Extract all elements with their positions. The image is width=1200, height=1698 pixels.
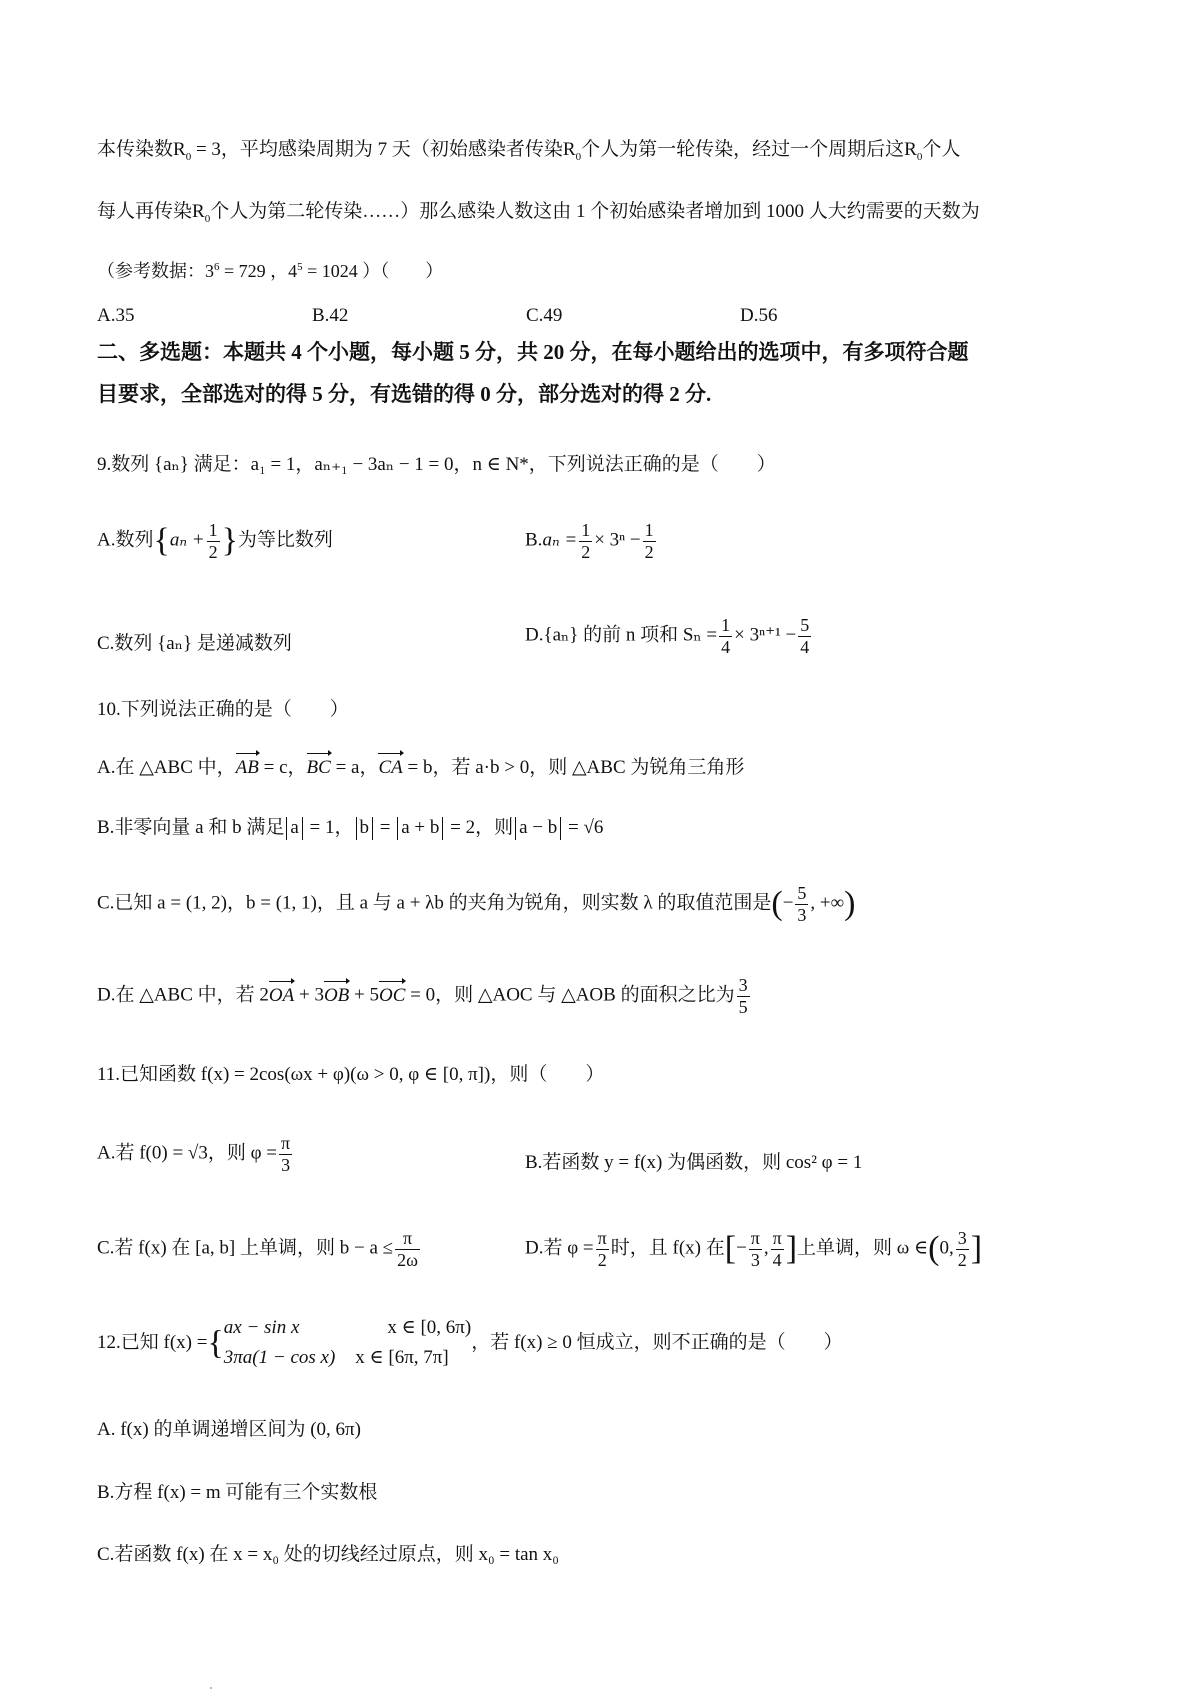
numerator: 1 bbox=[207, 520, 220, 542]
fraction: π4 bbox=[771, 1228, 784, 1270]
page-mark bbox=[210, 1687, 212, 1689]
math-expr: × 3ⁿ − bbox=[594, 530, 640, 551]
q10-stem: 10.下列说法正确的是（ ） bbox=[97, 700, 349, 719]
option-text: A.若 f(0) = √3，则 φ = bbox=[97, 1143, 277, 1164]
q10-option-b: B.非零向量 a 和 b 满足a = 1，b = a + b = 2，则a − … bbox=[97, 812, 603, 840]
numerator: 5 bbox=[798, 615, 811, 637]
option-label: D.{aₙ} 的前 n 项和 Sₙ = bbox=[525, 625, 717, 646]
numerator: π bbox=[395, 1228, 420, 1250]
q8-text: 个人为第一轮传染，经过一个周期后这 bbox=[581, 139, 904, 160]
numerator: 1 bbox=[643, 520, 656, 542]
q11-option-a: A.若 f(0) = √3，则 φ =π3 bbox=[97, 1133, 294, 1175]
option-text: + 5 bbox=[349, 985, 379, 1006]
option-text: C.已知 a = (1, 2)，b = (1, 1)，且 a 与 a + λb … bbox=[97, 893, 771, 914]
denominator: 2 bbox=[207, 542, 220, 563]
minus-sign: − bbox=[736, 1238, 747, 1259]
q9-stem: 9.数列 {aₙ} 满足：a₁ = 1，aₙ₊₁ − 3aₙ − 1 = 0，n… bbox=[97, 455, 776, 474]
left-brace: { bbox=[207, 1324, 223, 1361]
option-text: = 0，则 △AOC 与 △AOB 的面积之比为 bbox=[405, 985, 734, 1006]
q11-option-d: D.若 φ =π2时，且 f(x) 在[−π3,π4]上单调，则 ω ∈(0,3… bbox=[525, 1228, 982, 1270]
option-label: A.数列 bbox=[97, 530, 153, 551]
fraction: 53 bbox=[795, 883, 808, 925]
option-text: = 1， bbox=[305, 817, 354, 838]
fraction: 32 bbox=[956, 1228, 969, 1270]
vector-bc: BC bbox=[307, 757, 331, 779]
option-text: = √6 bbox=[563, 817, 603, 838]
q8-option-b: B.42 bbox=[312, 305, 348, 327]
vector-oc: OC bbox=[379, 985, 405, 1007]
close-paren: ) bbox=[844, 885, 855, 922]
denominator: 3 bbox=[795, 905, 808, 926]
option-text: = c， bbox=[259, 757, 307, 778]
piece-domain: x ∈ [6π, 7π] bbox=[355, 1343, 448, 1373]
r0-symbol: R bbox=[563, 139, 576, 160]
comma: , bbox=[764, 1238, 769, 1259]
piece-expr: ax − sin x bbox=[224, 1317, 300, 1338]
section-2-heading-line-2: 目要求，全部选对的得 5 分，有选错的得 0 分，部分选对的得 2 分. bbox=[97, 384, 711, 405]
option-text: = b，若 a·b > 0，则 △ABC 为锐角三角形 bbox=[403, 757, 745, 778]
option-text: D.若 φ = bbox=[525, 1238, 594, 1259]
denominator: 5 bbox=[737, 997, 750, 1018]
q12-text: ，若 f(x) ≥ 0 恒成立，则不正确的是（ ） bbox=[471, 1332, 842, 1353]
option-text: 为等比数列 bbox=[238, 530, 333, 551]
q8-reference-data: （参考数据：36 = 729 ，45 = 1024 ）（ ） bbox=[97, 262, 443, 280]
denominator: 3 bbox=[749, 1250, 762, 1271]
q11-option-c: C.若 f(x) 在 [a, b] 上单调，则 b − a ≤π2ω bbox=[97, 1228, 422, 1270]
q8-line-2: 每人再传染R0个人为第二轮传染……）那么感染人数这由 1 个初始感染者增加到 1… bbox=[97, 202, 980, 225]
denominator: 2 bbox=[596, 1250, 609, 1271]
numerator: π bbox=[771, 1228, 784, 1250]
q8-option-d: D.56 bbox=[740, 305, 777, 327]
open-bracket: [ bbox=[725, 1230, 736, 1267]
q8-text: （参考数据：3 bbox=[97, 261, 214, 281]
vector-ca: CA bbox=[378, 757, 402, 779]
denominator: 2 bbox=[956, 1250, 969, 1271]
piecewise-definition: ax − sin xx ∈ [0, 6π)3πa(1 − cos x)x ∈ [… bbox=[224, 1313, 471, 1374]
q9-option-d: D.{aₙ} 的前 n 项和 Sₙ =14× 3ⁿ⁺¹ −54 bbox=[525, 615, 813, 657]
abs-value: a + b bbox=[397, 817, 443, 840]
fraction: 35 bbox=[737, 975, 750, 1017]
option-text: C.若 f(x) 在 [a, b] 上单调，则 b − a ≤ bbox=[97, 1238, 393, 1259]
abs-value: a − b bbox=[515, 817, 561, 840]
option-text: 0, bbox=[939, 1238, 953, 1259]
q8-text: 个人为第二轮传染……）那么感染人数这由 1 个初始感染者增加到 1000 人大约… bbox=[210, 201, 980, 222]
option-text: = bbox=[375, 817, 395, 838]
option-text: = a， bbox=[331, 757, 379, 778]
q9-option-c: C.数列 {aₙ} 是递减数列 bbox=[97, 628, 292, 655]
math-expr: × 3ⁿ⁺¹ − bbox=[734, 625, 796, 646]
piece-domain: x ∈ [0, 6π) bbox=[387, 1313, 471, 1343]
q12-stem: 12.已知 f(x) ={ax − sin xx ∈ [0, 6π)3πa(1 … bbox=[97, 1313, 843, 1374]
q8-line-1: 本传染数R0 = 3，平均感染周期为 7 天（初始感染者传染R0个人为第一轮传染… bbox=[97, 140, 960, 163]
q8-text: = 1024 ）（ ） bbox=[303, 261, 444, 281]
vector-oa: OA bbox=[269, 985, 294, 1007]
q8-text: = 3，平均感染周期为 7 天（初始感染者传染 bbox=[191, 139, 563, 160]
minus-sign: − bbox=[783, 893, 794, 914]
open-paren: ( bbox=[928, 1230, 939, 1267]
q9-option-b: B.aₙ =12× 3ⁿ −12 bbox=[525, 520, 658, 562]
fraction: 12 bbox=[207, 520, 220, 562]
r0-symbol: R bbox=[173, 139, 186, 160]
numerator: 3 bbox=[956, 1228, 969, 1250]
close-bracket: ] bbox=[786, 1230, 797, 1267]
option-text: 时，且 f(x) 在 bbox=[611, 1238, 725, 1259]
section-2-heading-line-1: 二、多选题：本题共 4 个小题，每小题 5 分，共 20 分，在每小题给出的选项… bbox=[97, 342, 969, 363]
close-bracket: ] bbox=[971, 1230, 982, 1267]
option-text: D.在 △ABC 中，若 2 bbox=[97, 985, 269, 1006]
q10-option-a: A.在 △ABC 中，AB = c，BC = a，CA = b，若 a·b > … bbox=[97, 752, 744, 779]
r0-symbol: R bbox=[904, 139, 917, 160]
left-brace: { bbox=[153, 522, 169, 559]
numerator: 3 bbox=[737, 975, 750, 997]
q12-option-c: C.若函数 f(x) 在 x = x₀ 处的切线经过原点，则 x₀ = tan … bbox=[97, 1545, 559, 1564]
numerator: π bbox=[596, 1228, 609, 1250]
q12-text: 12.已知 f(x) = bbox=[97, 1332, 207, 1353]
denominator: 4 bbox=[719, 637, 732, 658]
fraction: π2 bbox=[596, 1228, 609, 1270]
fraction: π3 bbox=[749, 1228, 762, 1270]
option-text: B.非零向量 a 和 b 满足 bbox=[97, 817, 284, 838]
exam-page: 本传染数R0 = 3，平均感染周期为 7 天（初始感染者传染R0个人为第一轮传染… bbox=[0, 0, 1200, 1698]
math-expr: aₙ + bbox=[170, 530, 205, 551]
q12-option-a: A. f(x) 的单调递增区间为 (0, 6π) bbox=[97, 1420, 361, 1439]
option-text: = 2，则 bbox=[445, 817, 513, 838]
q12-option-b: B.方程 f(x) = m 可能有三个实数根 bbox=[97, 1483, 377, 1502]
q8-text: 本传染数 bbox=[97, 139, 173, 160]
open-paren: ( bbox=[771, 885, 782, 922]
option-text: , +∞ bbox=[810, 893, 844, 914]
option-text: + 3 bbox=[294, 985, 324, 1006]
numerator: 5 bbox=[795, 883, 808, 905]
option-label: B. bbox=[525, 530, 542, 551]
q10-option-c: C.已知 a = (1, 2)，b = (1, 1)，且 a 与 a + λb … bbox=[97, 883, 856, 925]
q11-option-b: B.若函数 y = f(x) 为偶函数，则 cos² φ = 1 bbox=[525, 1147, 862, 1174]
numerator: π bbox=[279, 1133, 292, 1155]
vector-ab: AB bbox=[236, 757, 259, 779]
fraction: 14 bbox=[719, 615, 732, 657]
denominator: 3 bbox=[279, 1155, 292, 1176]
q8-option-a: A.35 bbox=[97, 305, 134, 327]
option-text: A.在 △ABC 中， bbox=[97, 757, 236, 778]
right-brace: } bbox=[222, 522, 238, 559]
numerator: 1 bbox=[719, 615, 732, 637]
denominator: 2 bbox=[643, 542, 656, 563]
abs-value: b bbox=[356, 817, 374, 840]
denominator: 2 bbox=[579, 542, 592, 563]
vector-ob: OB bbox=[324, 985, 349, 1007]
q8-text: 每人再传染 bbox=[97, 201, 192, 222]
piece-expr: 3πa(1 − cos x) bbox=[224, 1347, 336, 1368]
fraction: 12 bbox=[579, 520, 592, 562]
denominator: 4 bbox=[798, 637, 811, 658]
q10-option-d: D.在 △ABC 中，若 2OA + 3OB + 5OC = 0，则 △AOC … bbox=[97, 975, 752, 1017]
fraction: 54 bbox=[798, 615, 811, 657]
fraction: π2ω bbox=[395, 1228, 420, 1270]
math-expr: aₙ = bbox=[542, 530, 577, 551]
fraction: π3 bbox=[279, 1133, 292, 1175]
denominator: 2ω bbox=[395, 1250, 420, 1271]
q8-text: 个人 bbox=[922, 139, 960, 160]
q11-stem: 11.已知函数 f(x) = 2cos(ωx + φ)(ω > 0, φ ∈ [… bbox=[97, 1065, 604, 1084]
piece-row-1: ax − sin xx ∈ [0, 6π) bbox=[224, 1313, 471, 1343]
r0-symbol: R bbox=[192, 201, 205, 222]
fraction: 12 bbox=[643, 520, 656, 562]
q8-option-c: C.49 bbox=[526, 305, 562, 327]
q8-text: = 729 ，4 bbox=[220, 261, 298, 281]
denominator: 4 bbox=[771, 1250, 784, 1271]
abs-value: a bbox=[286, 817, 302, 840]
numerator: 1 bbox=[579, 520, 592, 542]
option-text: 上单调，则 ω ∈ bbox=[797, 1238, 928, 1259]
piece-row-2: 3πa(1 − cos x)x ∈ [6π, 7π] bbox=[224, 1343, 471, 1373]
numerator: π bbox=[749, 1228, 762, 1250]
q9-option-a: A.数列{aₙ +12}为等比数列 bbox=[97, 520, 333, 562]
